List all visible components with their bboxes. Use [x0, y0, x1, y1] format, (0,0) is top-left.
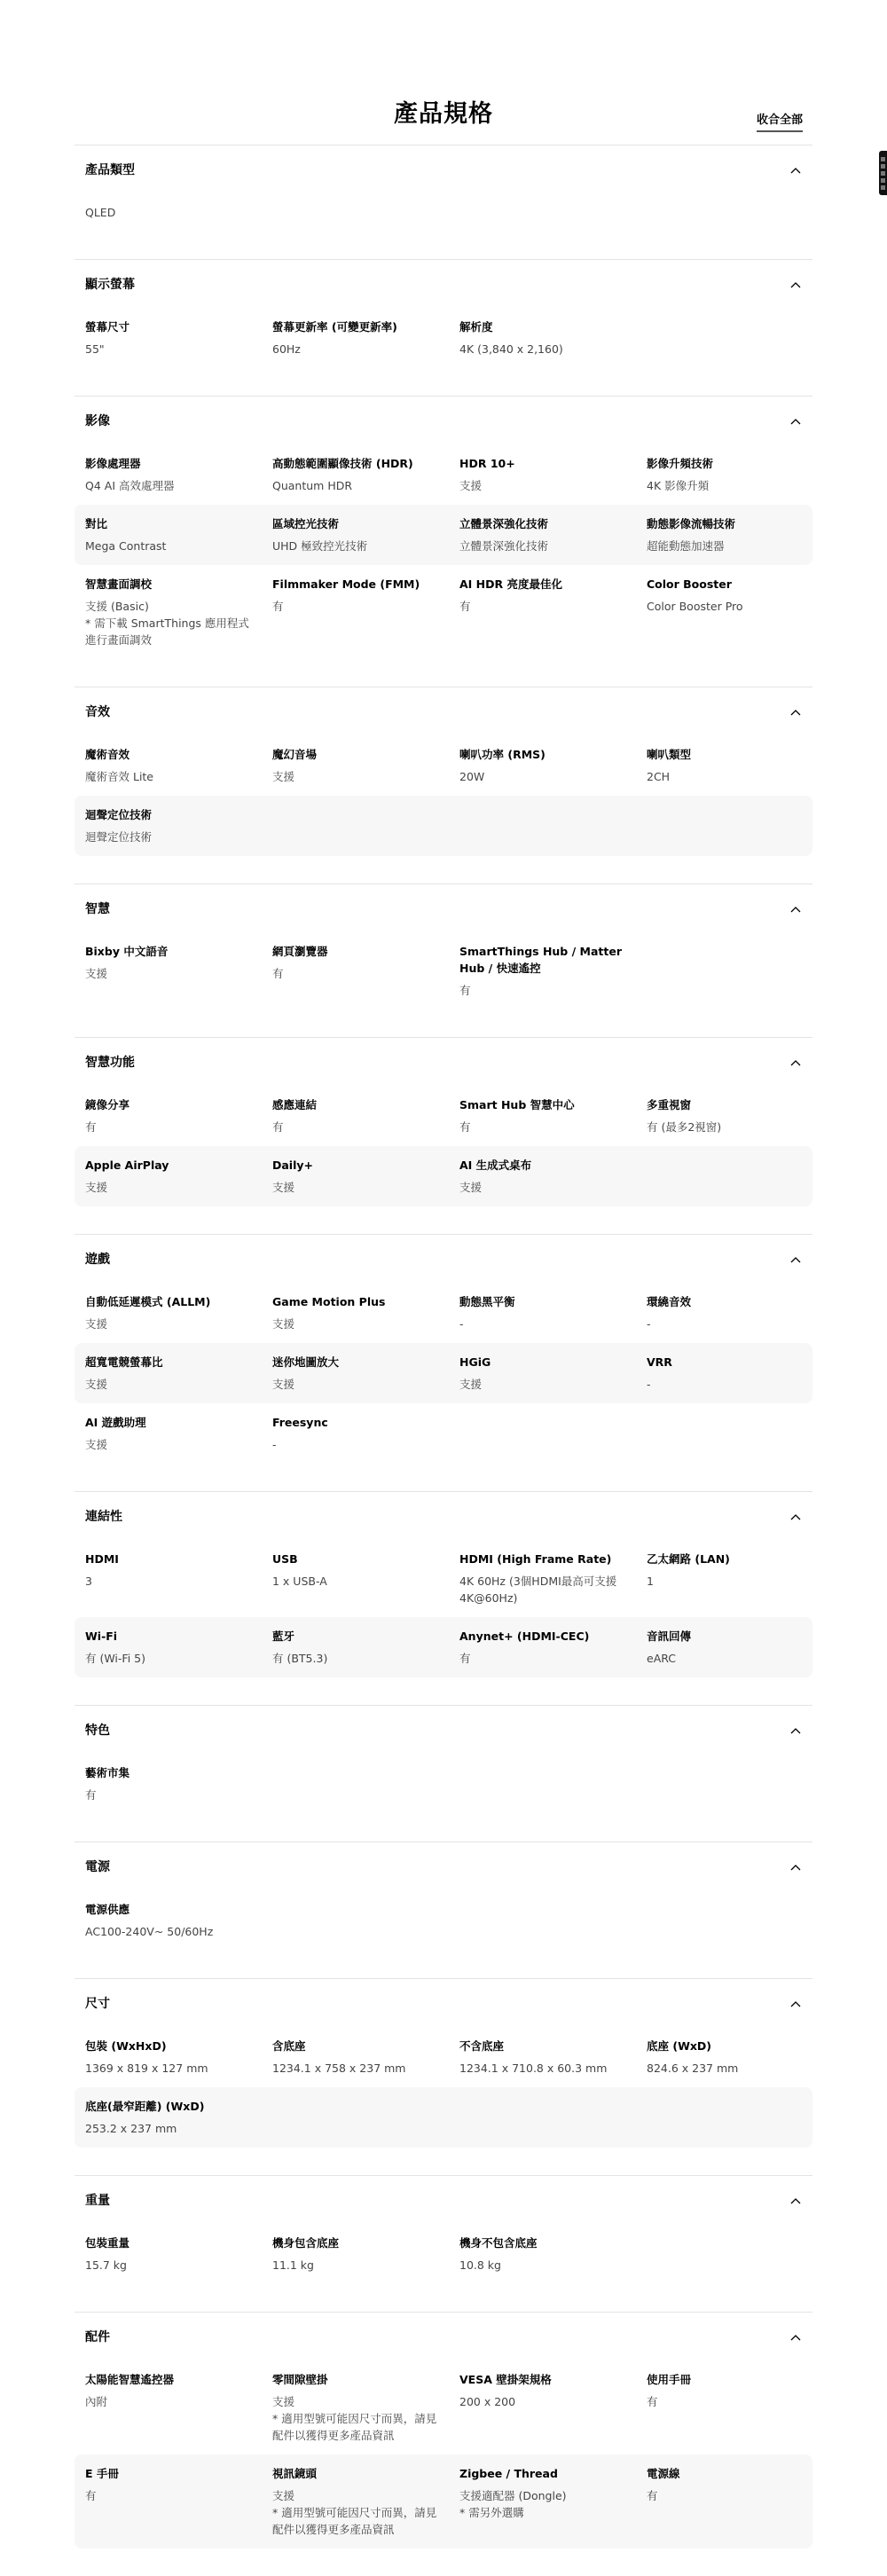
spec-row: 智慧畫面調校支援 (Basic) * 需下載 SmartThings 應用程式進…	[75, 565, 812, 659]
spec-label: 機身不包含底座	[459, 2234, 631, 2251]
spec-label: 藍牙	[272, 1628, 443, 1645]
spec-rows: QLED	[75, 193, 812, 232]
spec-section-5: 智慧功能 鏡像分享有感應連結有Smart Hub 智慧中心有多重視窗有 (最多2…	[75, 1037, 812, 1234]
chevron-up-icon[interactable]	[789, 1511, 802, 1523]
spec-label: 電源供應	[85, 1901, 256, 1918]
spec-item: 立體景深強化技術立體景深強化技術	[459, 515, 647, 554]
spec-item: AI HDR 亮度最佳化有	[459, 576, 647, 648]
spec-value: 10.8 kg	[459, 2257, 631, 2274]
section-toggle[interactable]: 特色	[75, 1720, 812, 1741]
spec-label: 底座(最窄距離) (WxD)	[85, 2098, 256, 2115]
spec-section-2: 影像 影像處理器Q4 AI 高效處理器高動態範圍顯像技術 (HDR)Quantu…	[75, 396, 812, 687]
spec-item: AI 遊戲助理支援	[85, 1414, 272, 1453]
spec-item: Zigbee / Thread支援適配器 (Dongle) * 需另外選購	[459, 2465, 647, 2538]
spec-value: 魔術音效 Lite	[85, 768, 256, 785]
spec-label: 影像處理器	[85, 455, 256, 472]
spec-value: 有	[647, 2393, 786, 2410]
spec-value: 3	[85, 1573, 256, 1590]
spec-label: 多重視窗	[647, 1096, 786, 1113]
section-title: 顯示螢幕	[85, 274, 135, 295]
spec-label: 魔術音效	[85, 746, 256, 763]
spec-value: 20W	[459, 768, 631, 785]
spec-item: 影像處理器Q4 AI 高效處理器	[85, 455, 272, 494]
spec-item: AI 生成式桌布支援	[459, 1157, 647, 1196]
spec-value: 有	[85, 1119, 256, 1135]
spec-value: 超能動態加速器	[647, 538, 786, 554]
section-title: 重量	[85, 2190, 110, 2211]
spec-item: Anynet+ (HDMI-CEC)有	[459, 1628, 647, 1667]
spec-item: Smart Hub 智慧中心有	[459, 1096, 647, 1135]
spec-label: VESA 壁掛架規格	[459, 2371, 631, 2388]
chevron-up-icon[interactable]	[789, 1724, 802, 1737]
spec-row: E 手冊有視訊鏡頭支援 * 適用型號可能因尺寸而異，請見配件以獲得更多產品資訊Z…	[75, 2454, 812, 2549]
spec-row: 太陽能智慧遙控器內附零間隙壁掛支援 * 適用型號可能因尺寸而異，請見配件以獲得更…	[75, 2360, 812, 2454]
spec-label: 包裝重量	[85, 2234, 256, 2251]
chevron-up-icon[interactable]	[789, 2195, 802, 2207]
section-toggle[interactable]: 產品類型	[75, 160, 812, 181]
spec-label: 迷你地圖放大	[272, 1354, 443, 1370]
spec-value: 有	[85, 2487, 256, 2504]
spec-item: 迷你地圖放大支援	[272, 1354, 459, 1393]
spec-item: VESA 壁掛架規格200 x 200	[459, 2371, 647, 2444]
spec-item: 電源供應AC100-240V~ 50/60Hz	[85, 1901, 272, 1940]
spec-label: Apple AirPlay	[85, 1157, 256, 1174]
spec-label: 智慧畫面調校	[85, 576, 256, 593]
spec-row: 影像處理器Q4 AI 高效處理器高動態範圍顯像技術 (HDR)Quantum H…	[75, 444, 812, 505]
spec-value: 15.7 kg	[85, 2257, 256, 2274]
spec-rows: 太陽能智慧遙控器內附零間隙壁掛支援 * 適用型號可能因尺寸而異，請見配件以獲得更…	[75, 2360, 812, 2549]
spec-section-3: 音效 魔術音效魔術音效 Lite魔幻音場支援喇叭功率 (RMS)20W喇叭類型2…	[75, 687, 812, 884]
spec-value: 支援	[85, 1179, 256, 1196]
spec-value: 支援	[459, 477, 631, 494]
spec-value: 立體景深強化技術	[459, 538, 631, 554]
spec-item: 解析度4K (3,840 x 2,160)	[459, 318, 647, 357]
spec-label: 音訊回傳	[647, 1628, 786, 1645]
spec-item: 含底座1234.1 x 758 x 237 mm	[272, 2038, 459, 2077]
spec-item: 乙太網路 (LAN)1	[647, 1551, 802, 1606]
spec-value: 1	[647, 1573, 786, 1590]
spec-item: 自動低延遲模式 (ALLM)支援	[85, 1293, 272, 1332]
spec-label: HDMI (High Frame Rate)	[459, 1551, 631, 1567]
spec-row: 自動低延遲模式 (ALLM)支援Game Motion Plus支援動態黑平衡-…	[75, 1283, 812, 1343]
section-toggle[interactable]: 尺寸	[75, 1993, 812, 2014]
spec-item: USB1 x USB-A	[272, 1551, 459, 1606]
collapse-all-button[interactable]: 收合全部	[757, 113, 803, 132]
spec-value: 支援 * 適用型號可能因尺寸而異，請見配件以獲得更多產品資訊	[272, 2393, 443, 2444]
spec-label: AI HDR 亮度最佳化	[459, 576, 631, 593]
spec-label: 不含底座	[459, 2038, 631, 2054]
spec-item: 感應連結有	[272, 1096, 459, 1135]
spec-item: 迴聲定位技術迴聲定位技術	[85, 806, 272, 845]
spec-value: 支援	[85, 1315, 256, 1332]
spec-row: 鏡像分享有感應連結有Smart Hub 智慧中心有多重視窗有 (最多2視窗)	[75, 1086, 812, 1146]
spec-label: 電源線	[647, 2465, 786, 2482]
spec-label: 乙太網路 (LAN)	[647, 1551, 786, 1567]
spec-label: 魔幻音場	[272, 746, 443, 763]
spec-item: Daily+支援	[272, 1157, 459, 1196]
spec-value: 4K 60Hz (3個HDMI最高可支援4K@60Hz)	[459, 1573, 631, 1606]
spec-value: 支援	[85, 1436, 256, 1453]
section-title: 影像	[85, 411, 110, 432]
section-toggle[interactable]: 智慧	[75, 899, 812, 920]
section-toggle[interactable]: 重量	[75, 2190, 812, 2211]
spec-item: VRR-	[647, 1354, 802, 1393]
spec-value: 支援	[85, 1376, 256, 1393]
section-title: 音效	[85, 702, 110, 723]
spec-label: 螢幕更新率 (可變更新率)	[272, 318, 443, 335]
spec-rows: 電源供應AC100-240V~ 50/60Hz	[75, 1890, 812, 1951]
side-tab-glyph-icon	[881, 185, 885, 190]
page-title: 產品規格	[0, 98, 887, 130]
spec-item: 網頁瀏覽器有	[272, 943, 459, 999]
spec-label: Bixby 中文語音	[85, 943, 256, 960]
section-toggle[interactable]: 音效	[75, 702, 812, 723]
spec-value: QLED	[85, 204, 256, 221]
spec-row: 螢幕尺寸55"螢幕更新率 (可變更新率)60Hz解析度4K (3,840 x 2…	[75, 308, 812, 368]
spec-value: Q4 AI 高效處理器	[85, 477, 256, 494]
spec-value: Mega Contrast	[85, 538, 256, 554]
section-title: 特色	[85, 1720, 110, 1741]
spec-label: 高動態範圍顯像技術 (HDR)	[272, 455, 443, 472]
spec-value: 824.6 x 237 mm	[647, 2060, 786, 2077]
spec-item: 環繞音效-	[647, 1293, 802, 1332]
chevron-up-icon[interactable]	[789, 1998, 802, 2010]
spec-section-8: 特色 藝術市集有	[75, 1705, 812, 1842]
spec-item: 高動態範圍顯像技術 (HDR)Quantum HDR	[272, 455, 459, 494]
spec-value: eARC	[647, 1650, 786, 1667]
spec-value: Quantum HDR	[272, 477, 443, 494]
spec-value: 有	[272, 1119, 443, 1135]
spec-value: 4K (3,840 x 2,160)	[459, 341, 631, 357]
spec-value: 內附	[85, 2393, 256, 2410]
chevron-up-icon[interactable]	[789, 1861, 802, 1873]
spec-label: 藝術市集	[85, 1764, 256, 1781]
spec-row: 迴聲定位技術迴聲定位技術	[75, 796, 812, 856]
spec-value: 2CH	[647, 768, 786, 785]
spec-value: 11.1 kg	[272, 2257, 443, 2274]
spec-section-4: 智慧 Bixby 中文語音支援網頁瀏覽器有SmartThings Hub / M…	[75, 884, 812, 1037]
spec-section-1: 顯示螢幕 螢幕尺寸55"螢幕更新率 (可變更新率)60Hz解析度4K (3,84…	[75, 259, 812, 396]
spec-label: 環繞音效	[647, 1293, 786, 1310]
spec-label: Color Booster	[647, 576, 786, 593]
spec-item: 鏡像分享有	[85, 1096, 272, 1135]
section-title: 遊戲	[85, 1249, 110, 1270]
spec-rows: 影像處理器Q4 AI 高效處理器高動態範圍顯像技術 (HDR)Quantum H…	[75, 444, 812, 659]
spec-item: HGiG支援	[459, 1354, 647, 1393]
spec-header: 產品規格 收合全部	[0, 0, 887, 145]
spec-item: 機身不包含底座10.8 kg	[459, 2234, 647, 2274]
spec-value: 200 x 200	[459, 2393, 631, 2410]
spec-item: 喇叭功率 (RMS)20W	[459, 746, 647, 785]
spec-label: 感應連結	[272, 1096, 443, 1113]
spec-item: Wi-Fi有 (Wi-Fi 5)	[85, 1628, 272, 1667]
spec-value: UHD 極致控光技術	[272, 538, 443, 554]
spec-value: 支援 * 適用型號可能因尺寸而異，請見配件以獲得更多產品資訊	[272, 2487, 443, 2538]
spec-label: 螢幕尺寸	[85, 318, 256, 335]
spec-label: 網頁瀏覽器	[272, 943, 443, 960]
spec-value: 55"	[85, 341, 256, 357]
spec-label: 機身包含底座	[272, 2234, 443, 2251]
spec-label: 零間隙壁掛	[272, 2371, 443, 2388]
spec-row: Bixby 中文語音支援網頁瀏覽器有SmartThings Hub / Matt…	[75, 932, 812, 1009]
spec-label: Anynet+ (HDMI-CEC)	[459, 1628, 631, 1645]
spec-item: HDMI (High Frame Rate)4K 60Hz (3個HDMI最高可…	[459, 1551, 647, 1606]
spec-label: Zigbee / Thread	[459, 2465, 631, 2482]
spec-section-0: 產品類型 QLED	[75, 145, 812, 259]
spec-value: -	[272, 1436, 443, 1453]
section-title: 尺寸	[85, 1993, 110, 2014]
spec-item: HDR 10+支援	[459, 455, 647, 494]
chevron-up-icon[interactable]	[789, 706, 802, 719]
spec-value: AC100-240V~ 50/60Hz	[85, 1923, 256, 1940]
spec-label: Filmmaker Mode (FMM)	[272, 576, 443, 593]
spec-item: 視訊鏡頭支援 * 適用型號可能因尺寸而異，請見配件以獲得更多產品資訊	[272, 2465, 459, 2538]
spec-value: 有	[459, 982, 631, 999]
spec-row: 包裝重量15.7 kg機身包含底座11.1 kg機身不包含底座10.8 kg	[75, 2224, 812, 2284]
spec-section-11: 重量 包裝重量15.7 kg機身包含底座11.1 kg機身不包含底座10.8 k…	[75, 2175, 812, 2312]
spec-rows: Bixby 中文語音支援網頁瀏覽器有SmartThings Hub / Matt…	[75, 932, 812, 1009]
spec-item: 包裝重量15.7 kg	[85, 2234, 272, 2274]
spec-value: 1234.1 x 758 x 237 mm	[272, 2060, 443, 2077]
spec-rows: 包裝 (WxHxD)1369 x 819 x 127 mm含底座1234.1 x…	[75, 2027, 812, 2148]
spec-item: 魔幻音場支援	[272, 746, 459, 785]
spec-value: 60Hz	[272, 341, 443, 357]
spec-row: HDMI3USB1 x USB-AHDMI (High Frame Rate)4…	[75, 1540, 812, 1617]
spec-item: 包裝 (WxHxD)1369 x 819 x 127 mm	[85, 2038, 272, 2077]
chevron-up-icon[interactable]	[789, 903, 802, 915]
spec-label: Game Motion Plus	[272, 1293, 443, 1310]
spec-item: 喇叭類型2CH	[647, 746, 802, 785]
section-title: 電源	[85, 1857, 110, 1878]
spec-rows: 鏡像分享有感應連結有Smart Hub 智慧中心有多重視窗有 (最多2視窗)Ap…	[75, 1086, 812, 1206]
spec-value: 有	[459, 598, 631, 615]
section-toggle[interactable]: 連結性	[75, 1506, 812, 1528]
spec-item: 動態黑平衡-	[459, 1293, 647, 1332]
section-toggle[interactable]: 電源	[75, 1857, 812, 1878]
section-title: 產品類型	[85, 160, 135, 181]
spec-value: 1 x USB-A	[272, 1573, 443, 1590]
spec-value: 支援	[85, 965, 256, 982]
chevron-up-icon[interactable]	[789, 164, 802, 177]
chevron-up-icon[interactable]	[789, 279, 802, 291]
spec-item: 使用手冊有	[647, 2371, 802, 2444]
spec-label: 喇叭類型	[647, 746, 786, 763]
spec-row: 對比Mega Contrast區域控光技術UHD 極致控光技術立體景深強化技術立…	[75, 505, 812, 565]
side-tab-glyph-icon	[881, 157, 885, 161]
spec-value: -	[459, 1315, 631, 1332]
spec-sections: 產品類型 QLED 顯示螢幕 螢幕尺寸55"螢幕更新率 (可變更新率)60Hz解…	[75, 145, 812, 2576]
spec-label: VRR	[647, 1354, 786, 1370]
spec-row: 底座(最窄距離) (WxD)253.2 x 237 mm	[75, 2087, 812, 2148]
side-tab-glyph-icon	[881, 164, 885, 169]
chevron-up-icon[interactable]	[789, 1253, 802, 1266]
section-toggle[interactable]: 影像	[75, 411, 812, 432]
spec-rows: HDMI3USB1 x USB-AHDMI (High Frame Rate)4…	[75, 1540, 812, 1677]
spec-value: 支援適配器 (Dongle) * 需另外選購	[459, 2487, 631, 2521]
spec-value: 有 (Wi-Fi 5)	[85, 1650, 256, 1667]
spec-value: 有	[459, 1119, 631, 1135]
spec-row: 超寬電競螢幕比支援迷你地圖放大支援HGiG支援VRR-	[75, 1343, 812, 1403]
spec-label: Freesync	[272, 1414, 443, 1431]
spec-item: 藝術市集有	[85, 1764, 272, 1803]
chevron-up-icon[interactable]	[789, 415, 802, 428]
spec-label: 動態影像流暢技術	[647, 515, 786, 532]
spec-item: 不含底座1234.1 x 710.8 x 60.3 mm	[459, 2038, 647, 2077]
spec-value: 支援	[272, 1179, 443, 1196]
spec-value: 1234.1 x 710.8 x 60.3 mm	[459, 2060, 631, 2077]
spec-item: Game Motion Plus支援	[272, 1293, 459, 1332]
spec-section-12: 配件 太陽能智慧遙控器內附零間隙壁掛支援 * 適用型號可能因尺寸而異，請見配件以…	[75, 2312, 812, 2576]
spec-label: Smart Hub 智慧中心	[459, 1096, 631, 1113]
spec-item: E 手冊有	[85, 2465, 272, 2538]
spec-label: 包裝 (WxHxD)	[85, 2038, 256, 2054]
spec-label: HDMI	[85, 1551, 256, 1567]
spec-label: 太陽能智慧遙控器	[85, 2371, 256, 2388]
spec-value: -	[647, 1315, 786, 1332]
chevron-up-icon[interactable]	[789, 2331, 802, 2344]
spec-item: 機身包含底座11.1 kg	[272, 2234, 459, 2274]
section-toggle[interactable]: 配件	[75, 2327, 812, 2348]
spec-item: 螢幕尺寸55"	[85, 318, 272, 357]
spec-rows: 魔術音效魔術音效 Lite魔幻音場支援喇叭功率 (RMS)20W喇叭類型2CH迴…	[75, 735, 812, 856]
spec-item: 電源線有	[647, 2465, 802, 2538]
spec-item: 底座 (WxD)824.6 x 237 mm	[647, 2038, 802, 2077]
spec-item: 音訊回傳eARC	[647, 1628, 802, 1667]
spec-value: 支援	[459, 1179, 631, 1196]
spec-value: 有	[272, 598, 443, 615]
spec-row: 魔術音效魔術音效 Lite魔幻音場支援喇叭功率 (RMS)20W喇叭類型2CH	[75, 735, 812, 796]
side-feedback-tab[interactable]	[879, 151, 887, 195]
spec-label: 喇叭功率 (RMS)	[459, 746, 631, 763]
section-toggle[interactable]: 顯示螢幕	[75, 274, 812, 295]
spec-value: 支援	[459, 1376, 631, 1393]
spec-row: Wi-Fi有 (Wi-Fi 5)藍牙有 (BT5.3)Anynet+ (HDMI…	[75, 1617, 812, 1677]
chevron-up-icon[interactable]	[789, 1056, 802, 1069]
spec-label: 含底座	[272, 2038, 443, 2054]
spec-item: Apple AirPlay支援	[85, 1157, 272, 1196]
spec-label: HGiG	[459, 1354, 631, 1370]
spec-label: 視訊鏡頭	[272, 2465, 443, 2482]
side-tab-glyph-icon	[881, 171, 885, 176]
spec-value: 支援 (Basic) * 需下載 SmartThings 應用程式進行畫面調效	[85, 598, 256, 648]
spec-row: 藝術市集有	[75, 1754, 812, 1814]
spec-label: HDR 10+	[459, 455, 631, 472]
spec-label: 區域控光技術	[272, 515, 443, 532]
spec-item: 動態影像流暢技術超能動態加速器	[647, 515, 802, 554]
spec-row: 電源供應AC100-240V~ 50/60Hz	[75, 1890, 812, 1951]
spec-value: 有	[85, 1787, 256, 1803]
spec-rows: 自動低延遲模式 (ALLM)支援Game Motion Plus支援動態黑平衡-…	[75, 1283, 812, 1464]
spec-label: 鏡像分享	[85, 1096, 256, 1113]
spec-value: 迴聲定位技術	[85, 829, 256, 845]
spec-item: Color BoosterColor Booster Pro	[647, 576, 802, 648]
spec-value: 有 (最多2視窗)	[647, 1119, 786, 1135]
spec-item: 螢幕更新率 (可變更新率)60Hz	[272, 318, 459, 357]
section-toggle[interactable]: 遊戲	[75, 1249, 812, 1270]
spec-value: 有	[647, 2487, 786, 2504]
spec-label: 解析度	[459, 318, 631, 335]
section-title: 智慧	[85, 899, 110, 920]
spec-label: 立體景深強化技術	[459, 515, 631, 532]
section-toggle[interactable]: 智慧功能	[75, 1052, 812, 1073]
spec-label: 迴聲定位技術	[85, 806, 256, 823]
spec-label: Wi-Fi	[85, 1628, 256, 1645]
spec-label: 對比	[85, 515, 256, 532]
spec-item: 超寬電競螢幕比支援	[85, 1354, 272, 1393]
spec-value: 1369 x 819 x 127 mm	[85, 2060, 256, 2077]
spec-label: AI 生成式桌布	[459, 1157, 631, 1174]
spec-label: 影像升頻技術	[647, 455, 786, 472]
spec-item: 藍牙有 (BT5.3)	[272, 1628, 459, 1667]
spec-label: USB	[272, 1551, 443, 1567]
spec-value: Color Booster Pro	[647, 598, 786, 615]
spec-item: 魔術音效魔術音效 Lite	[85, 746, 272, 785]
spec-value: 支援	[272, 1315, 443, 1332]
spec-section-6: 遊戲 自動低延遲模式 (ALLM)支援Game Motion Plus支援動態黑…	[75, 1234, 812, 1491]
spec-label: AI 遊戲助理	[85, 1414, 256, 1431]
spec-label: 底座 (WxD)	[647, 2038, 786, 2054]
section-title: 智慧功能	[85, 1052, 135, 1073]
spec-item: 影像升頻技術4K 影像升頻	[647, 455, 802, 494]
side-tab-glyph-icon	[881, 178, 885, 183]
spec-value: 支援	[272, 768, 443, 785]
spec-label: 動態黑平衡	[459, 1293, 631, 1310]
spec-item: QLED	[85, 204, 272, 221]
spec-label: Daily+	[272, 1157, 443, 1174]
spec-value: -	[647, 1376, 786, 1393]
spec-row: AI 遊戲助理支援Freesync-	[75, 1403, 812, 1464]
spec-item: 對比Mega Contrast	[85, 515, 272, 554]
spec-item: 區域控光技術UHD 極致控光技術	[272, 515, 459, 554]
spec-section-7: 連結性 HDMI3USB1 x USB-AHDMI (High Frame Ra…	[75, 1491, 812, 1705]
spec-row: QLED	[75, 193, 812, 232]
spec-page: 產品規格 收合全部 產品類型 QLED 顯示螢幕 螢幕尺寸55"螢幕更新率 (可…	[0, 0, 887, 2576]
spec-value: 有	[272, 965, 443, 982]
spec-rows: 藝術市集有	[75, 1754, 812, 1814]
spec-value: 支援	[272, 1376, 443, 1393]
spec-item: SmartThings Hub / Matter Hub / 快速遙控有	[459, 943, 647, 999]
spec-section-10: 尺寸 包裝 (WxHxD)1369 x 819 x 127 mm含底座1234.…	[75, 1978, 812, 2175]
spec-item: Bixby 中文語音支援	[85, 943, 272, 999]
spec-item: 多重視窗有 (最多2視窗)	[647, 1096, 802, 1135]
spec-value: 4K 影像升頻	[647, 477, 786, 494]
spec-label: 使用手冊	[647, 2371, 786, 2388]
spec-value: 有 (BT5.3)	[272, 1650, 443, 1667]
section-title: 配件	[85, 2327, 110, 2348]
spec-label: SmartThings Hub / Matter Hub / 快速遙控	[459, 943, 631, 977]
spec-label: E 手冊	[85, 2465, 256, 2482]
spec-item: Freesync-	[272, 1414, 459, 1453]
section-title: 連結性	[85, 1506, 122, 1528]
spec-rows: 螢幕尺寸55"螢幕更新率 (可變更新率)60Hz解析度4K (3,840 x 2…	[75, 308, 812, 368]
spec-rows: 包裝重量15.7 kg機身包含底座11.1 kg機身不包含底座10.8 kg	[75, 2224, 812, 2284]
spec-label: 自動低延遲模式 (ALLM)	[85, 1293, 256, 1310]
spec-item: HDMI3	[85, 1551, 272, 1606]
spec-value: 有	[459, 1650, 631, 1667]
spec-item: 底座(最窄距離) (WxD)253.2 x 237 mm	[85, 2098, 272, 2137]
spec-value: 253.2 x 237 mm	[85, 2120, 256, 2137]
spec-item: 零間隙壁掛支援 * 適用型號可能因尺寸而異，請見配件以獲得更多產品資訊	[272, 2371, 459, 2444]
spec-row: Apple AirPlay支援Daily+支援AI 生成式桌布支援	[75, 1146, 812, 1206]
spec-item: 太陽能智慧遙控器內附	[85, 2371, 272, 2444]
spec-label: 超寬電競螢幕比	[85, 1354, 256, 1370]
spec-section-9: 電源 電源供應AC100-240V~ 50/60Hz	[75, 1842, 812, 1978]
spec-item: 智慧畫面調校支援 (Basic) * 需下載 SmartThings 應用程式進…	[85, 576, 272, 648]
spec-row: 包裝 (WxHxD)1369 x 819 x 127 mm含底座1234.1 x…	[75, 2027, 812, 2087]
spec-item: Filmmaker Mode (FMM)有	[272, 576, 459, 648]
